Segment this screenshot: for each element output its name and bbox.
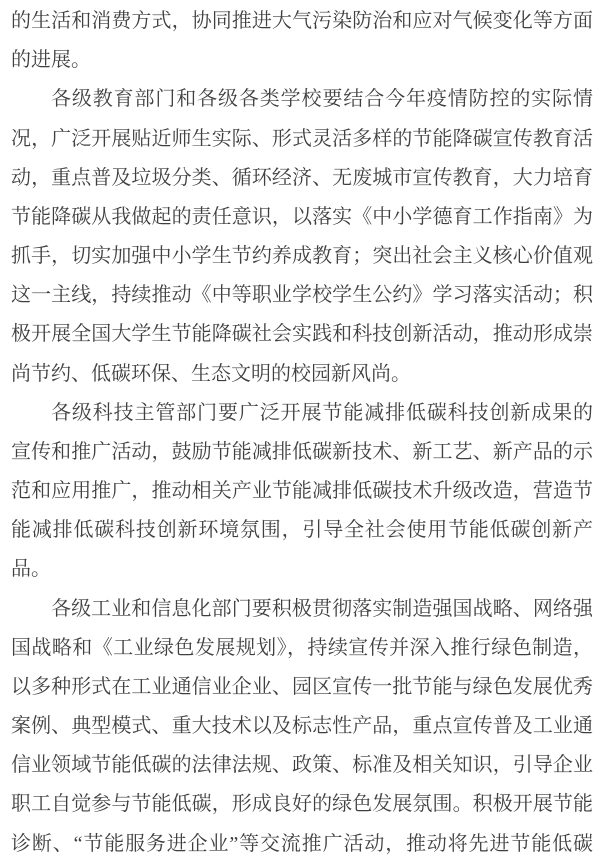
text-line: 诊断、“节能服务进企业”等交流推广活动，推动将先进节能低碳 bbox=[11, 825, 593, 862]
text-line: 极开展全国大学生节能降碳社会实践和科技创新活动，推动形成崇 bbox=[11, 315, 593, 354]
text-line: 职工自觉参与节能低碳，形成良好的绿色发展氛围。积极开展节能 bbox=[11, 785, 593, 824]
text-line: 这一主线，持续推动《中等职业学校学生公约》学习落实活动；积 bbox=[11, 276, 593, 315]
text-line: 以多种形式在工业通信业企业、园区宣传一批节能与绿色发展优秀 bbox=[11, 668, 593, 707]
text-line: 各级教育部门和各级各类学校要结合今年疫情防控的实际情 bbox=[11, 80, 593, 119]
paragraph: 各级教育部门和各级各类学校要结合今年疫情防控的实际情 况，广泛开展贴近师生实际、… bbox=[11, 80, 593, 393]
document-page: 的生活和消费方式，协同推进大气污染防治和应对气候变化等方面 的进展。 各级教育部… bbox=[0, 0, 600, 862]
text-line: 国战略和《工业绿色发展规划》，持续宣传并深入推行绿色制造， bbox=[11, 629, 593, 668]
text-line: 节能降碳从我做起的责任意识，以落实《中小学德育工作指南》为 bbox=[11, 198, 593, 237]
text-line: 抓手，切实加强中小学生节约养成教育；突出社会主义核心价值观 bbox=[11, 237, 593, 276]
text-line: 尚节约、低碳环保、生态文明的校园新风尚。 bbox=[11, 355, 593, 394]
text-line: 的生活和消费方式，协同推进大气污染防治和应对气候变化等方面 bbox=[11, 2, 593, 41]
paragraph: 各级科技主管部门要广泛开展节能减排低碳科技创新成果的 宣传和推广活动，鼓励节能减… bbox=[11, 394, 593, 590]
paragraph: 各级工业和信息化部门要积极贯彻落实制造强国战略、网络强 国战略和《工业绿色发展规… bbox=[11, 590, 593, 862]
text-line: 况，广泛开展贴近师生实际、形式灵活多样的节能降碳宣传教育活 bbox=[11, 120, 593, 159]
text-line: 各级工业和信息化部门要积极贯彻落实制造强国战略、网络强 bbox=[11, 590, 593, 629]
paragraph: 的生活和消费方式，协同推进大气污染防治和应对气候变化等方面 的进展。 bbox=[11, 2, 593, 80]
text-line: 各级科技主管部门要广泛开展节能减排低碳科技创新成果的 bbox=[11, 394, 593, 433]
text-line: 品。 bbox=[11, 550, 593, 589]
text-line: 的进展。 bbox=[11, 41, 593, 80]
text-line: 能减排低碳科技创新环境氛围，引导全社会使用节能低碳创新产 bbox=[11, 511, 593, 550]
text-line: 信业领域节能低碳的法律法规、政策、标准及相关知识，引导企业 bbox=[11, 746, 593, 785]
text-line: 范和应用推广，推动相关产业节能减排低碳技术升级改造，营造节 bbox=[11, 472, 593, 511]
text-line: 案例、典型模式、重大技术以及标志性产品，重点宣传普及工业通 bbox=[11, 707, 593, 746]
text-line: 动，重点普及垃圾分类、循环经济、无废城市宣传教育，大力培育 bbox=[11, 159, 593, 198]
text-line: 宣传和推广活动，鼓励节能减排低碳新技术、新工艺、新产品的示 bbox=[11, 433, 593, 472]
